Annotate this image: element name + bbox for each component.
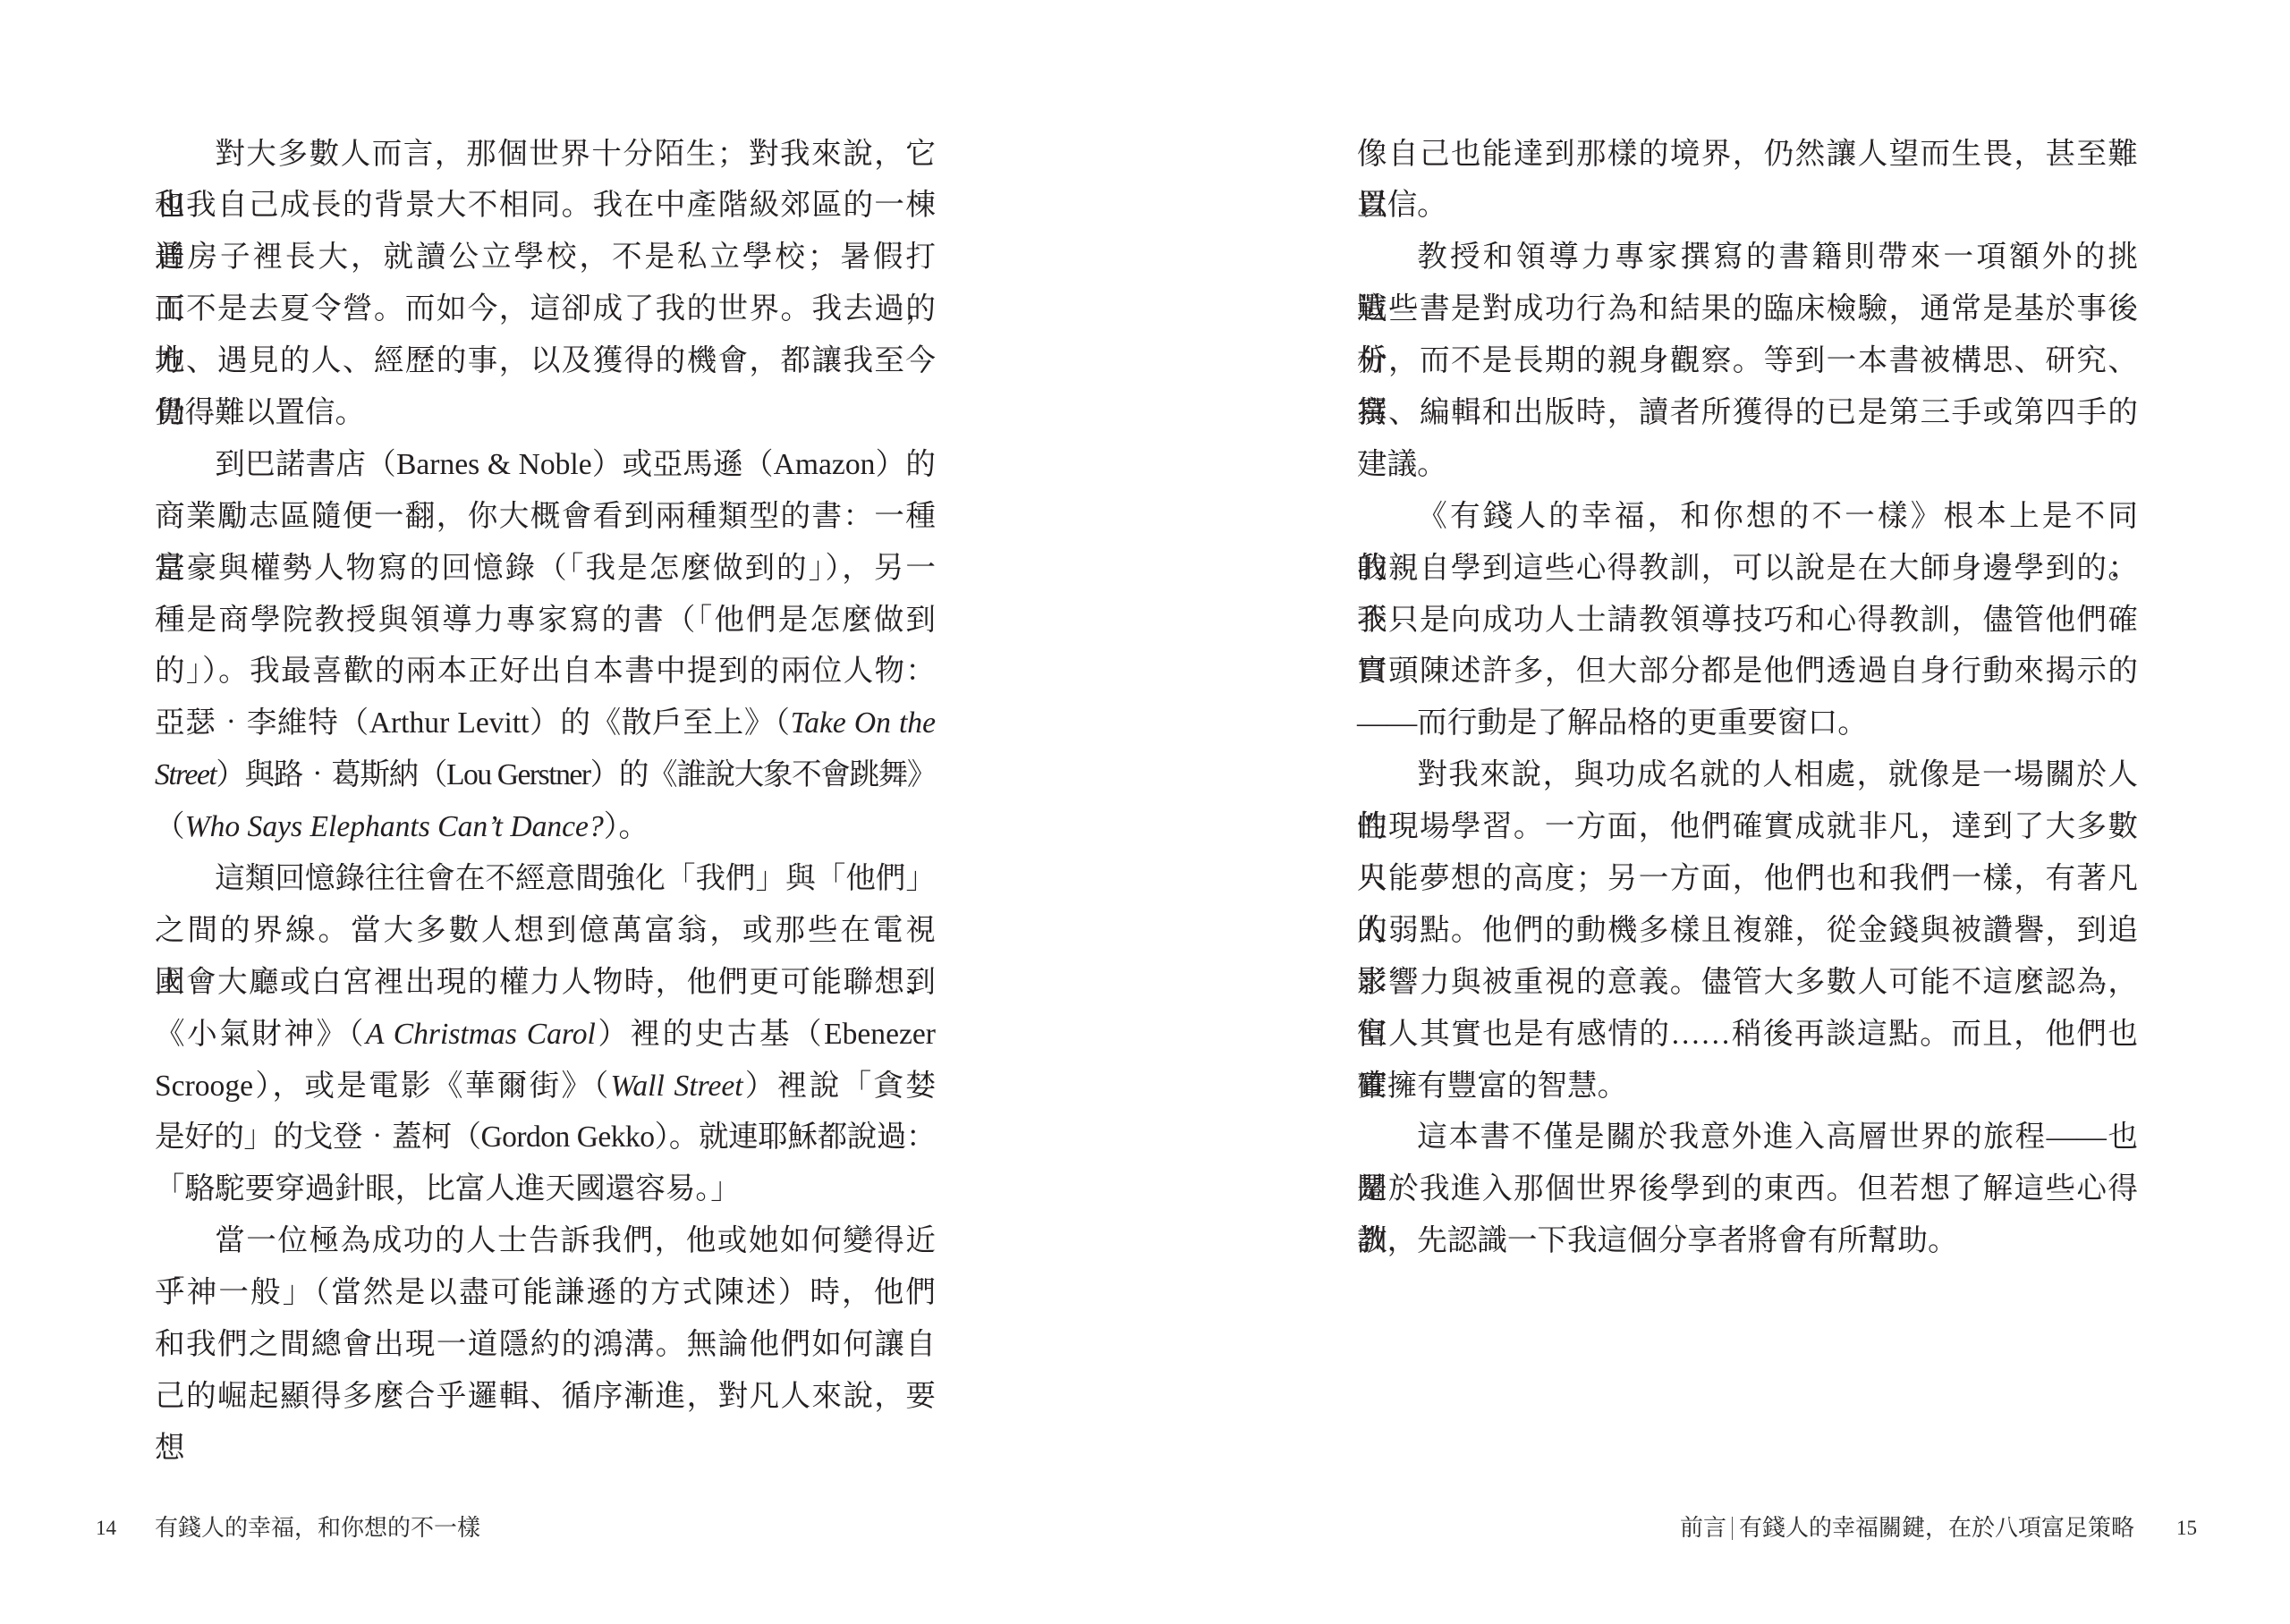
left-page-body-text: 對大多數人而言，那個世界十分陌生；對我來說，它也和我自己成長的背景大不相同。我在…	[155, 129, 936, 1423]
text-line: 建議。	[1357, 439, 2138, 491]
text-line: 教授和領導力專家撰寫的書籍則帶來一項額外的挑戰：	[1357, 232, 2138, 283]
right-page-number: 15	[2176, 1514, 2197, 1543]
text-run: ）與路‧葛斯納（Lou Gerstner）的《誰說大象不會跳舞》	[216, 758, 936, 791]
text-run: 覺得難以置信。	[155, 396, 365, 429]
text-line: 的」）。我最喜歡的兩本正好出自本書中提到的兩位人物：	[155, 646, 936, 698]
text-run: 寫、編輯和出版時，讀者所獲得的已是第三手或第四手的	[1357, 396, 2138, 429]
text-run: 的」）。我最喜歡的兩本正好出自本書中提到的兩位人物：	[155, 655, 936, 688]
text-line: 關於我進入那個世界後學到的東西。但若想了解這些心得教	[1357, 1163, 2138, 1215]
text-line: 析，而不是長期的親身觀察。等到一本書被構思、研究、撰	[1357, 335, 2138, 387]
book-spread: 對大多數人而言，那個世界十分陌生；對我來說，它也和我自己成長的背景大不相同。我在…	[0, 0, 2290, 1624]
text-line: 這本書不僅是關於我意外進入高層世界的旅程——也是	[1357, 1112, 2138, 1163]
text-line: 富豪與權勢人物寫的回憶錄（「我是怎麼做到的」），另一	[155, 543, 936, 595]
text-line: 實擁有豐富的智慧。	[1357, 1061, 2138, 1112]
paragraph: 教授和領導力專家撰寫的書籍則帶來一項額外的挑戰：這些書是對成功行為和結果的臨床檢…	[1357, 232, 2138, 490]
text-line: 影響力與被重視的意義。儘管大多數人可能不這麼認為，但	[1357, 957, 2138, 1009]
text-line: 口頭陳述許多，但大部分都是他們透過自身行動來揭示的	[1357, 646, 2138, 698]
text-line: 之間的界線。當大多數人想到億萬富翁，或那些在電視上、	[155, 905, 936, 957]
text-line: 的現場學習。一方面，他們確實成就非凡，達到了大多數人	[1357, 801, 2138, 853]
paragraph: 《有錢人的幸福，和你想的不一樣》根本上是不同的：我親自學到這些心得教訓，可以說是…	[1357, 491, 2138, 749]
text-line: 種是商學院教授與領導力專家寫的書（「他們是怎麼做到	[155, 595, 936, 647]
left-page-number: 14	[96, 1514, 116, 1543]
right-page-body-text: 像自己也能達到那樣的境界，仍然讓人望而生畏，甚至難以置信。教授和領導力專家撰寫的…	[1357, 129, 2138, 1268]
text-line: 《有錢人的幸福，和你想的不一樣》根本上是不同的：	[1357, 491, 2138, 543]
text-run: ——而行動是了解品格的更重要窗口。	[1357, 706, 1868, 740]
text-run: 這類回憶錄往往會在不經意間強化「我們」與「他們」	[215, 862, 936, 895]
text-line: 只能夢想的高度；另一方面，他們也和我們一樣，有著凡人	[1357, 853, 2138, 905]
paragraph: 這類回憶錄往往會在不經意間強化「我們」與「他們」之間的界線。當大多數人想到億萬富…	[155, 853, 936, 1215]
text-line: 方、遇見的人、經歷的事，以及獲得的機會，都讓我至今仍	[155, 335, 936, 387]
text-run: 口頭陳述許多，但大部分都是他們透過自身行動來揭示的	[1357, 655, 2138, 688]
text-line: 訓，先認識一下我這個分享者將會有所幫助。	[1357, 1215, 2138, 1267]
italic-title: Take On the	[791, 706, 936, 740]
text-run: 己的崛起顯得多麼合乎邏輯、循序漸進，對凡人來說，要想	[155, 1380, 936, 1465]
text-run: Scrooge），或是電影《華爾街》（	[155, 1070, 610, 1103]
paragraph: 到巴諾書店（Barnes & Noble）或亞馬遜（Amazon）的商業勵志區隨…	[155, 439, 936, 853]
italic-title: A Christmas Carol	[366, 1018, 596, 1051]
text-line: 對大多數人而言，那個世界十分陌生；對我來說，它也	[155, 129, 936, 181]
text-run: 「駱駝要穿過針眼，比富人進天國還容易。」	[155, 1172, 741, 1205]
text-line: 這類回憶錄往往會在不經意間強化「我們」與「他們」	[155, 853, 936, 905]
text-run: ）裡的史古基（Ebenezer	[596, 1018, 936, 1051]
text-line: 和我自己成長的背景大不相同。我在中產階級郊區的一棟普	[155, 180, 936, 232]
text-line: （Who Says Elephants Can’t Dance?）。	[155, 801, 936, 853]
text-line: 富人其實也是有感情的……稍後再談這點。而且，他們也確	[1357, 1009, 2138, 1061]
text-run: 種是商學院教授與領導力專家寫的書（「他們是怎麼做到	[155, 604, 936, 637]
text-line: 商業勵志區隨便一翻，你大概會看到兩種類型的書：一種是	[155, 491, 936, 543]
italic-title: Wall Street	[610, 1070, 742, 1103]
text-line: 寫、編輯和出版時，讀者所獲得的已是第三手或第四手的	[1357, 387, 2138, 439]
text-run: 《小氣財神》（	[155, 1018, 366, 1051]
italic-title: Who Says Elephants Can’t Dance?	[185, 810, 604, 843]
left-page: 對大多數人而言，那個世界十分陌生；對我來說，它也和我自己成長的背景大不相同。我在…	[0, 0, 1145, 1624]
text-line: 己的崛起顯得多麼合乎邏輯、循序漸進，對凡人來說，要想	[155, 1371, 936, 1423]
text-run: 亞瑟‧李維特（Arthur Levitt）的《散戶至上》（	[155, 706, 791, 740]
text-line: 《小氣財神》（A Christmas Carol）裡的史古基（Ebenezer	[155, 1009, 936, 1061]
text-line: 像自己也能達到那樣的境界，仍然讓人望而生畏，甚至難以	[1357, 129, 2138, 181]
italic-title: Street	[155, 758, 216, 791]
text-run: （	[155, 810, 185, 843]
text-line: 是好的」的戈登‧蓋柯（Gordon Gekko）。就連耶穌都說過：	[155, 1112, 936, 1163]
paragraph: 對我來說，與功成名就的人相處，就像是一場關於人性的現場學習。一方面，他們確實成就…	[1357, 749, 2138, 1112]
text-run: 「神一般」（當然是以盡可能謙遜的方式陳述）時，他們	[155, 1276, 936, 1309]
text-line: 亞瑟‧李維特（Arthur Levitt）的《散戶至上》（Take On the	[155, 698, 936, 749]
text-line: 的弱點。他們的動機多樣且複雜，從金錢與被讚譽，到追求	[1357, 905, 2138, 957]
text-line: 國會大廳或白宮裡出現的權力人物時，他們更可能聯想到	[155, 957, 936, 1009]
text-line: 到巴諾書店（Barnes & Noble）或亞馬遜（Amazon）的	[155, 439, 936, 491]
left-running-title: 有錢人的幸福，和你想的不一樣	[155, 1514, 480, 1543]
text-line: 和我們之間總會出現一道隱約的鴻溝。無論他們如何讓自	[155, 1319, 936, 1371]
text-line: ——而行動是了解品格的更重要窗口。	[1357, 698, 2138, 749]
text-run: ）裡說「貪婪	[743, 1070, 936, 1103]
text-line: 「神一般」（當然是以盡可能謙遜的方式陳述）時，他們	[155, 1267, 936, 1319]
paragraph: 當一位極為成功的人士告訴我們，他或她如何變得近乎「神一般」（當然是以盡可能謙遜的…	[155, 1215, 936, 1423]
text-run: 富豪與權勢人物寫的回憶錄（「我是怎麼做到的」），另一	[155, 552, 936, 585]
text-line: Street）與路‧葛斯納（Lou Gerstner）的《誰說大象不會跳舞》	[155, 749, 936, 801]
text-run: 是好的」的戈登‧蓋柯（Gordon Gekko）。就連耶穌都說過：	[155, 1121, 936, 1154]
text-line: Scrooge），或是電影《華爾街》（Wall Street）裡說「貪婪	[155, 1061, 936, 1112]
text-run: 國會大廳或白宮裡出現的權力人物時，他們更可能聯想到	[155, 966, 936, 999]
right-page: 像自己也能達到那樣的境界，仍然讓人望而生畏，甚至難以置信。教授和領導力專家撰寫的…	[1145, 0, 2290, 1624]
paragraph: 對大多數人而言，那個世界十分陌生；對我來說，它也和我自己成長的背景大不相同。我在…	[155, 129, 936, 439]
text-run: 和我們之間總會出現一道隱約的鴻溝。無論他們如何讓自	[155, 1328, 936, 1361]
right-running-title: 有錢人的幸福關鍵，在於八項富足策略	[1739, 1514, 2134, 1543]
text-line: 不只是向成功人士請教領導技巧和心得教訓，儘管他們確實	[1357, 595, 2138, 647]
chapter-section-label: 前言	[1680, 1514, 1726, 1543]
text-run: 到巴諾書店（Barnes & Noble）或亞馬遜（Amazon）的	[215, 448, 936, 481]
text-line: 而不是去夏令營。而如今，這卻成了我的世界。我去過的地	[155, 283, 936, 335]
text-line: 對我來說，與功成名就的人相處，就像是一場關於人性	[1357, 749, 2138, 801]
text-line: 置信。	[1357, 180, 2138, 232]
text-line: 「駱駝要穿過針眼，比富人進天國還容易。」	[155, 1163, 936, 1215]
text-run: 實擁有豐富的智慧。	[1357, 1070, 1627, 1103]
text-run: 訓，先認識一下我這個分享者將會有所幫助。	[1357, 1224, 1958, 1257]
text-line: 這些書是對成功行為和結果的臨床檢驗，通常是基於事後分	[1357, 283, 2138, 335]
text-run: 置信。	[1357, 189, 1447, 222]
text-line: 通房子裡長大，就讀公立學校，不是私立學校；暑假打工，	[155, 232, 936, 283]
section-divider	[1732, 1517, 1733, 1540]
paragraph: 像自己也能達到那樣的境界，仍然讓人望而生畏，甚至難以置信。	[1357, 129, 2138, 233]
text-run: 建議。	[1357, 448, 1447, 481]
paragraph: 這本書不僅是關於我意外進入高層世界的旅程——也是關於我進入那個世界後學到的東西。…	[1357, 1112, 2138, 1267]
text-line: 我親自學到這些心得教訓，可以說是在大師身邊學到的。我	[1357, 543, 2138, 595]
text-line: 當一位極為成功的人士告訴我們，他或她如何變得近乎	[155, 1215, 936, 1267]
text-run: ）。	[604, 810, 649, 843]
right-running-head: 前言 有錢人的幸福關鍵，在於八項富足策略	[1680, 1514, 2134, 1543]
text-line: 覺得難以置信。	[155, 387, 936, 439]
